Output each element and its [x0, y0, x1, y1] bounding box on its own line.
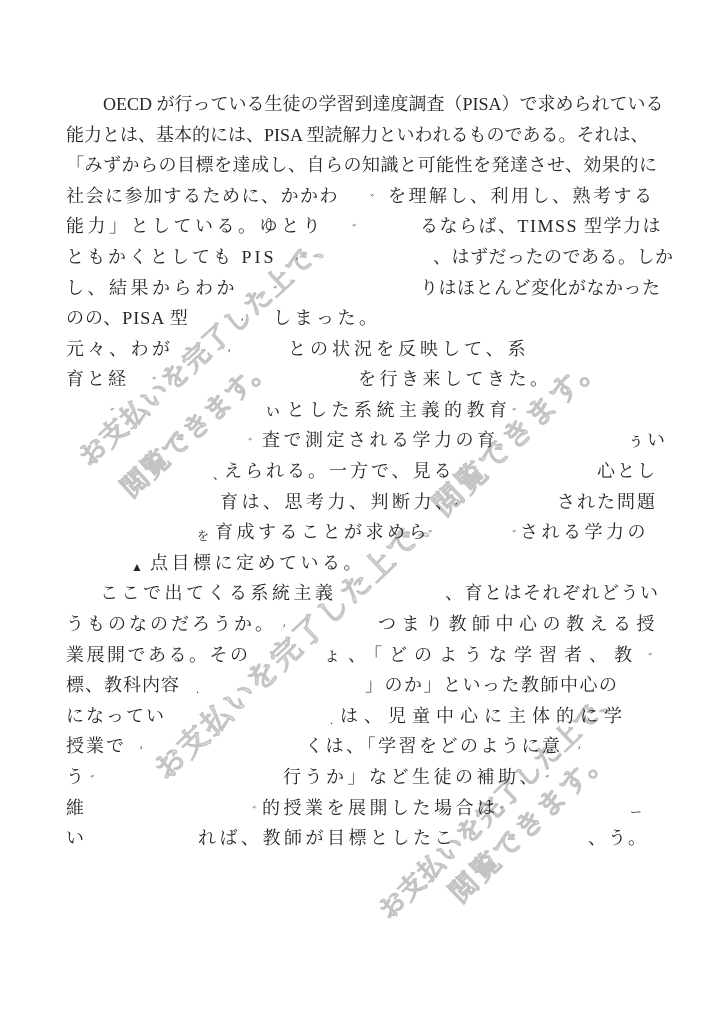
damaged-glyph-fragment: .: [196, 678, 199, 700]
text-fragment: れば、教師が目標としたこ: [198, 827, 456, 849]
document-line: 、えられる。一方で、見る心とし: [0, 460, 724, 484]
document-line: う゛行うか」など生徒の補助、゛: [0, 766, 724, 790]
document-line: 社会に参加するために、かかわ゛を理解し、利用し、熟考する: [0, 185, 724, 209]
document-line: を育成することが求めら゛゛される学力の: [0, 521, 724, 545]
text-fragment: 」のか」といった教師中心の: [365, 674, 619, 696]
text-fragment: 標、教科内容: [66, 674, 180, 696]
document-line: 業展開である。そのょ、「どのような学習者、教゛: [0, 644, 724, 668]
document-line: 元々、わが′との状況を反映して、系: [0, 338, 724, 362]
text-fragment: OECD が行っている生徒の学習到達度調査（PISA）で求められている: [103, 93, 664, 115]
damaged-glyph-fragment: .: [330, 709, 333, 731]
text-fragment: 点目標に定めている。: [150, 552, 365, 574]
text-fragment: 社会に参加するために、かかわ: [66, 185, 339, 207]
damaged-glyph-fragment: ′: [455, 495, 458, 517]
document-line: ゛ぃとした系統主義的教育゛: [0, 399, 724, 423]
text-fragment: 維: [66, 797, 86, 819]
text-fragment: を行き来してきた。: [358, 368, 552, 390]
document-line: OECD が行っている生徒の学習到達度調査（PISA）で求められている: [0, 93, 724, 117]
damaged-glyph-fragment: ー: [630, 801, 642, 823]
damaged-glyph-fragment: ゛: [248, 433, 260, 455]
text-fragment: う: [66, 766, 86, 788]
text-fragment: 能力」としている。ゆとり: [66, 215, 324, 237]
damaged-glyph-fragment: ゛: [370, 189, 382, 211]
document-line: いれば、教師が目標としたこ、う。: [0, 827, 724, 851]
damaged-glyph-fragment: ′: [600, 678, 603, 700]
damaged-glyph-fragment: ゛: [500, 801, 512, 823]
document-line: のの、PISA 型′しまった。: [0, 307, 724, 331]
text-fragment: 元々、わが: [66, 338, 174, 360]
text-fragment: 、はずだったのである。しか: [433, 246, 674, 268]
text-fragment: 心とし: [597, 460, 657, 482]
document-line: 標、教科内容.」のか」といった教師中心の′: [0, 674, 724, 698]
text-fragment: 、う。: [588, 827, 648, 849]
document-line: になってい.は、児童中心に主体的に学: [0, 705, 724, 729]
damaged-glyph-fragment: ゛: [512, 403, 524, 425]
document-line: ここで出てくる系統主義、育とはそれぞれどうい: [0, 582, 724, 606]
text-fragment: 業展開である。その: [66, 644, 251, 666]
text-fragment: 育成することが求めら: [215, 521, 430, 543]
damaged-glyph-fragment: ゛: [428, 525, 440, 547]
damaged-glyph-fragment: ゛: [152, 372, 164, 394]
text-fragment: との状況を反映して、系: [288, 338, 530, 360]
text-fragment: るならば、TIMSS 型学力は: [420, 215, 662, 237]
text-fragment: し、結果からわか: [66, 277, 238, 299]
text-fragment: された問題: [557, 491, 657, 513]
damaged-glyph-fragment: ゛: [648, 281, 660, 303]
damaged-glyph-fragment: ゛: [648, 648, 660, 670]
damaged-glyph-fragment: ゛: [273, 281, 285, 303]
text-fragment: を理解し、利用し、熟考する: [388, 185, 655, 207]
text-fragment: 査で測定される学力の育: [262, 429, 499, 451]
damaged-glyph-fragment: ゛: [110, 403, 122, 425]
damaged-glyph-fragment: ′: [241, 311, 244, 333]
text-fragment: 行うか」など生徒の補助、: [283, 766, 541, 788]
text-fragment: 、育とはそれぞれどうい: [445, 582, 660, 604]
text-fragment: のの、PISA 型: [66, 307, 189, 329]
document-line: 育は、思考力、判断力、′された問題: [0, 491, 724, 515]
text-fragment: 的授業を展開した場合は: [262, 797, 499, 819]
text-fragment: えられる。一方で、見る: [224, 460, 455, 482]
document-line: ともかくとしても PIS′、はずだったのである。しか: [0, 246, 724, 270]
text-fragment: 育は、思考力、判断力、: [220, 491, 457, 513]
text-fragment: りはほとんど変化がなかった: [420, 277, 661, 299]
text-fragment: ょ、「どのような学習者、教: [323, 644, 639, 666]
text-fragment: は、児童中心に主体的に学: [340, 705, 628, 727]
text-fragment: ここで出てくる系統主義: [100, 582, 337, 604]
damaged-glyph-fragment: を: [197, 525, 209, 547]
text-fragment: しまった。: [273, 307, 381, 329]
document-line: ▲点目標に定めている。: [0, 552, 724, 576]
document-line: し、結果からわか゛りはほとんど変化がなかった゛: [0, 277, 724, 301]
damaged-glyph-fragment: ゛: [352, 219, 364, 241]
text-fragment: うものなのだろうか。: [66, 613, 276, 635]
text-fragment: 能力とは、基本的には、PISA 型読解力といわれるものである。それは、: [66, 124, 649, 146]
text-fragment: される学力の: [520, 521, 649, 543]
document-line: 維゛的授業を展開した場合は゛ー: [0, 797, 724, 821]
damaged-glyph-fragment: ′: [228, 342, 231, 364]
document-line: ゛査で測定される学力の育ぅい: [0, 429, 724, 453]
document-page: お支払いを完了した上で、閲覧できます。お支払いを完了した上で、閲覧できます。お支…: [0, 0, 724, 1024]
damaged-glyph-fragment: ▲: [131, 556, 143, 578]
document-line: 育と経゛を行き来してきた。: [0, 368, 724, 392]
document-line: うものなのだろうか。′つまり教師中心の教える授: [0, 613, 724, 637]
document-line: 能力とは、基本的には、PISA 型読解力といわれるものである。それは、: [0, 124, 724, 148]
damaged-glyph-fragment: ゛: [90, 770, 102, 792]
text-fragment: い: [66, 827, 86, 849]
damaged-glyph-fragment: ′: [140, 739, 143, 761]
damaged-glyph-fragment: ′: [296, 250, 299, 272]
text-fragment: つまり教師中心の教える授: [378, 613, 660, 635]
damaged-glyph-fragment: ′: [578, 739, 581, 761]
text-fragment: になってい: [66, 705, 166, 727]
document-line: 授業で′くは、「学習をどのように意′: [0, 735, 724, 759]
text-fragment: ぃとした系統主義的教育: [264, 399, 512, 421]
text-fragment: 育と経: [66, 368, 129, 390]
text-fragment: 授業で: [66, 735, 126, 757]
text-fragment: 「みずからの目標を達成し、自らの知識と可能性を発達させ、効果的に: [66, 154, 657, 176]
text-fragment: ともかくとしても PIS: [66, 246, 277, 268]
damaged-glyph-fragment: ′: [283, 617, 286, 639]
document-line: 「みずからの目標を達成し、自らの知識と可能性を発達させ、効果的に: [0, 154, 724, 178]
text-fragment: ぅい: [627, 429, 667, 451]
document-line: 能力」としている。ゆとり゛るならば、TIMSS 型学力は: [0, 215, 724, 239]
text-fragment: くは、「学習をどのように意: [305, 735, 563, 757]
damaged-glyph-fragment: ゛: [545, 770, 557, 792]
